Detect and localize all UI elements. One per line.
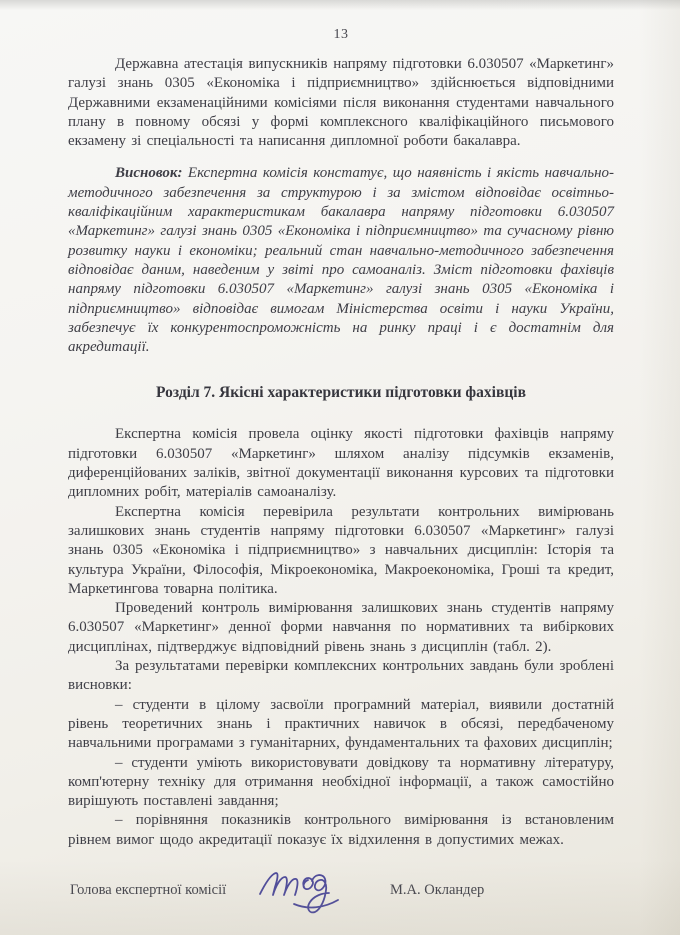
finding-item-3: – порівняння показників контрольного вим… xyxy=(68,811,614,850)
conclusion-text: Експертна комісія констатує, що наявніст… xyxy=(68,165,614,355)
page-number: 13 xyxy=(68,26,614,44)
signature-block: Голова експертної комісії М.А. Окландер xyxy=(68,850,620,922)
finding-item-1: – студенти в цілому засвоїли програмний … xyxy=(68,696,614,754)
section-heading: Розділ 7. Якісні характеристики підготов… xyxy=(68,383,614,403)
scanned-document-page: 13 Державна атестація випускників напрям… xyxy=(0,0,680,935)
paragraph-quality-assessment: Експертна комісія провела оцінку якості … xyxy=(68,425,614,502)
paragraph-results-intro: За результатами перевірки комплексних ко… xyxy=(68,657,614,696)
paragraph-control-measurement: Проведений контроль вимірювання залишков… xyxy=(68,599,614,657)
conclusion-label: Висновок: xyxy=(115,165,182,181)
paragraph-conclusion: Висновок: Експертна комісія констатує, щ… xyxy=(68,164,614,357)
signatory-name: М.А. Окландер xyxy=(390,882,484,899)
handwritten-signature-icon xyxy=(256,852,352,918)
paragraph-residual-knowledge: Експертна комісія перевірила результати … xyxy=(68,503,614,599)
signatory-role: Голова експертної комісії xyxy=(70,882,226,899)
paragraph-attestation: Державна атестація випускників напряму п… xyxy=(68,55,614,151)
finding-item-2: – студенти уміють використовувати довідк… xyxy=(68,754,614,812)
